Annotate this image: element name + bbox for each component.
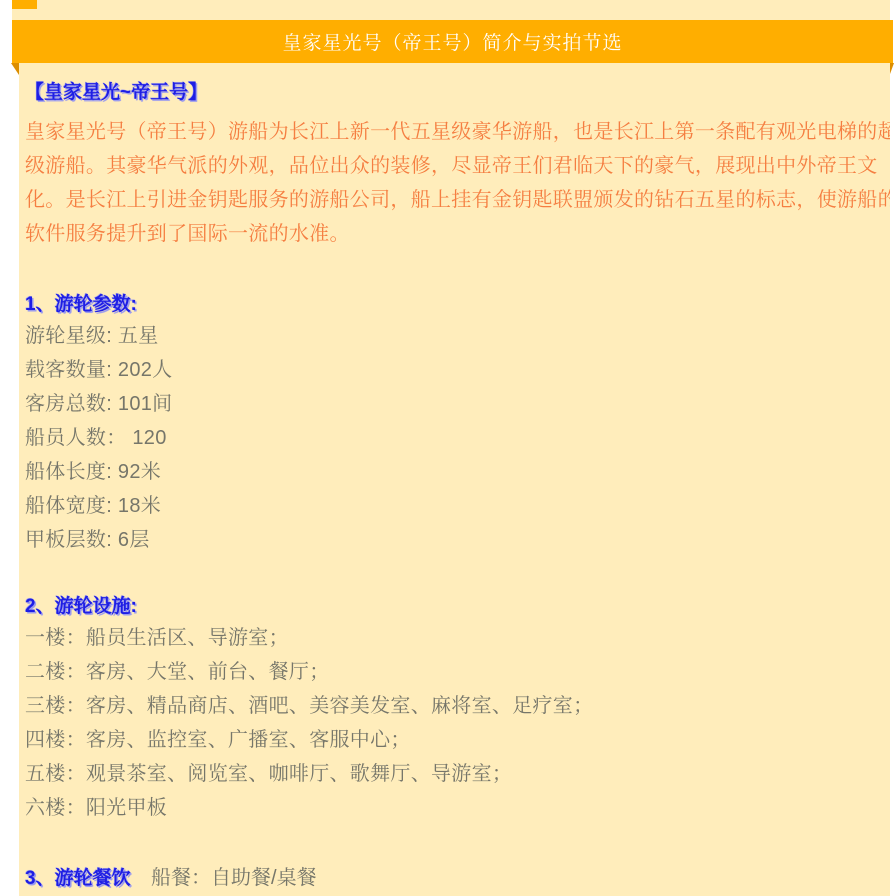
param-item: 船体长度: 92米 [25,455,886,489]
facility-item: 一楼：船员生活区、导游室； [25,621,886,655]
facility-item: 二楼：客房、大堂、前台、餐厅； [25,655,886,689]
param-item: 游轮星级: 五星 [25,319,886,353]
article-page: 皇家星光号（帝王号）简介与实拍节选 【皇家星光~帝王号】 皇家星光号（帝王号）游… [0,0,895,896]
section-dining: 3、游轮餐饮 船餐：自助餐/桌餐 [25,861,886,893]
dining-detail: 船餐：自助餐/桌餐 [151,867,317,889]
section-heading-facilities: 2、游轮设施: [25,593,886,621]
facility-item: 四楼：客房、监控室、广播室、客服中心； [25,723,886,757]
param-item: 船体宽度: 18米 [25,489,886,523]
param-item: 载客数量: 202人 [25,353,886,387]
page-title: 皇家星光号（帝王号）简介与实拍节选 [282,28,622,55]
intro-heading: 【皇家星光~帝王号】 [25,79,886,107]
ribbon-fold-right-icon [890,63,894,74]
section-heading-params: 1、游轮参数: [25,291,886,319]
title-banner: 皇家星光号（帝王号）简介与实拍节选 [12,20,893,63]
facility-item: 六楼：阳光甲板 [25,791,886,825]
top-strip [12,0,890,22]
intro-paragraph: 皇家星光号（帝王号）游船为长江上新一代五星级豪华游船，也是长江上第一条配有观光电… [25,115,886,251]
section-facilities: 2、游轮设施: 一楼：船员生活区、导游室；二楼：客房、大堂、前台、餐厅；三楼：客… [25,593,886,825]
section-heading-dining: 3、游轮餐饮 [25,868,131,889]
param-item: 客房总数: 101间 [25,387,886,421]
content-card: 【皇家星光~帝王号】 皇家星光号（帝王号）游船为长江上新一代五星级豪华游船，也是… [19,63,890,896]
params-list: 游轮星级: 五星载客数量: 202人客房总数: 101间船员人数： 120船体长… [25,319,886,557]
facility-item: 五楼：观景茶室、阅览室、咖啡厅、歌舞厅、导游室； [25,757,886,791]
facilities-list: 一楼：船员生活区、导游室；二楼：客房、大堂、前台、餐厅；三楼：客房、精品商店、酒… [25,621,886,825]
ribbon-corner-accent [12,0,37,9]
ribbon-fold-left-icon [11,63,19,75]
param-item: 船员人数： 120 [25,421,886,455]
page: { "theme": { "page_bg": "#FFFFFF", "bann… [0,0,895,896]
facility-item: 三楼：客房、精品商店、酒吧、美容美发室、麻将室、足疗室； [25,689,886,723]
param-item: 甲板层数: 6层 [25,523,886,557]
section-params: 1、游轮参数: 游轮星级: 五星载客数量: 202人客房总数: 101间船员人数… [25,291,886,557]
